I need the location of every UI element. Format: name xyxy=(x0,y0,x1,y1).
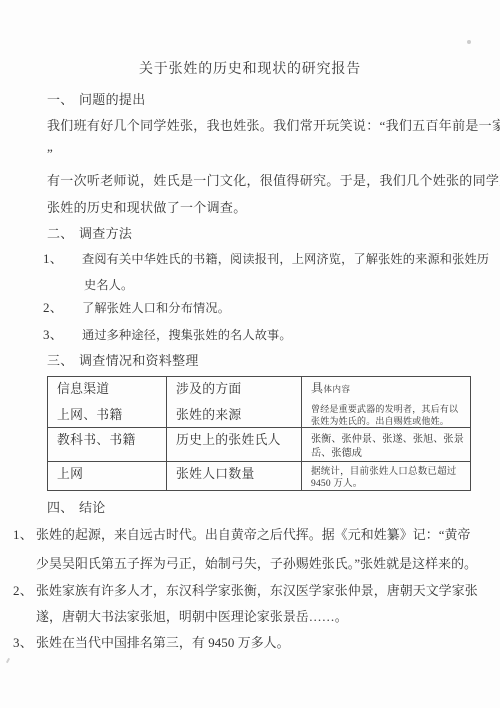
list-item-continuation: 少昊吴阳氏第五子挥为弓正，始制弓失，子孙赐姓张氏。”张姓就是这样来的。 xyxy=(36,557,477,572)
table-header-text: 信息渠道 xyxy=(57,381,160,397)
paragraph-line: 有一次听老师说，姓氏是一门文化，很值得研究。于是，我们几个姓张的同学对 xyxy=(47,173,500,188)
table-header-text: 具体内容 xyxy=(311,381,464,396)
table-cell-text: 曾经是重要武器的发明者，其后有以张姓为姓氏的。出自赐姓或他姓。 xyxy=(311,403,464,427)
table-cell-channel-header: 信息渠道 上网、书籍 xyxy=(48,377,167,428)
table-cell-aspect: 张姓人口数量 xyxy=(167,462,302,491)
table-cell-detail: 张衡、张仲景、张遂、张旭、张景岳、张德成 xyxy=(302,428,471,462)
list-item: 2、张姓家族有许多人才，东汉科学家张衡，东汉医学家张仲景，唐朝天文学家张 xyxy=(13,583,478,599)
table-cell-aspect-header: 涉及的方面 张姓的来源 xyxy=(167,377,302,428)
paragraph-line: ” xyxy=(47,146,53,161)
list-item: 1、张姓的起源，来自远古时代。出自黄帝之后代挥。据《元和姓纂》记：“黄帝 xyxy=(13,527,471,543)
paragraph-line: 张姓的历史和现状做了一个调查。 xyxy=(47,200,247,215)
section-number: 一、 xyxy=(47,92,79,107)
section-4-heading: 四、结论 xyxy=(47,500,106,515)
section-2-heading: 二、调查方法 xyxy=(47,226,132,241)
list-item-text: 通过多种途径，搜集张姓的名人故事。 xyxy=(82,328,292,342)
list-item-number: 1、 xyxy=(43,251,82,266)
table-cell-text: 张衡、张仲景、张遂、张旭、张景岳、张德成 xyxy=(311,432,464,461)
list-item: 3、通过多种途径，搜集张姓的名人故事。 xyxy=(43,327,292,343)
table-cell-text: 上网、书籍 xyxy=(57,407,160,423)
table-cell-channel: 教科书、书籍 xyxy=(48,428,167,462)
table-cell-text: 据统计，目前张姓人口总数已超过 9450 万人。 xyxy=(311,466,464,490)
list-item-number: 3、 xyxy=(43,327,82,342)
section-label: 调查方法 xyxy=(79,226,132,241)
table-cell-aspect: 历史上的张姓氏人 xyxy=(167,428,302,462)
info-table: 信息渠道 上网、书籍 涉及的方面 张姓的来源 具体内容 曾经是重要武器的发明者，… xyxy=(47,376,471,491)
list-item-text: 查阅有关中华姓氏的书籍，阅读报刊，上网济览，了解张姓的来源和张姓历 xyxy=(82,252,489,266)
paragraph-line: 我们班有好几个同学姓张，我也姓张。我们常开玩笑说：“我们五百年前是一家。 xyxy=(47,118,500,133)
list-item-text: 张姓在当代中国排名第三，有 9450 万多人。 xyxy=(36,636,290,650)
list-item-number: 2、 xyxy=(13,583,36,598)
section-3-heading: 三、调查情况和资料整理 xyxy=(47,353,199,368)
section-number: 三、 xyxy=(47,353,79,368)
list-item-number: 3、 xyxy=(13,635,36,650)
list-item-text: 张姓家族有许多人才，东汉科学家张衡，东汉医学家张仲景，唐朝天文学家张 xyxy=(36,584,478,598)
section-number: 二、 xyxy=(47,226,79,241)
table-cell-detail: 据统计，目前张姓人口总数已超过 9450 万人。 xyxy=(302,462,471,491)
table-cell-text: 张姓的来源 xyxy=(176,407,295,423)
section-label: 调查情况和资料整理 xyxy=(79,353,199,368)
artifact-dot-top-right xyxy=(467,40,471,44)
section-label: 结论 xyxy=(79,500,106,515)
table-cell-detail-header: 具体内容 曾经是重要武器的发明者，其后有以张姓为姓氏的。出自赐姓或他姓。 xyxy=(302,377,471,428)
section-1-heading: 一、问题的提出 xyxy=(47,92,146,107)
table-cell-channel: 上网 xyxy=(48,462,167,491)
list-item: 3、张姓在当代中国排名第三，有 9450 万多人。 xyxy=(13,635,290,651)
document-page: 关于张姓的历史和现状的研究报告 一、问题的提出 我们班有好几个同学姓张，我也姓张… xyxy=(0,0,500,708)
list-item-continuation: 史名人。 xyxy=(84,278,133,293)
table-header-text: 涉及的方面 xyxy=(176,381,295,397)
list-item-number: 1、 xyxy=(13,527,36,542)
list-item-number: 2、 xyxy=(43,300,82,315)
list-item-text: 了解张姓人口和分布情况。 xyxy=(82,301,230,315)
list-item-continuation: 遂，唐朝大书法家张旭，明朝中医理论家张景岳……。 xyxy=(36,610,348,625)
document-title: 关于张姓的历史和现状的研究报告 xyxy=(0,62,500,77)
section-label: 问题的提出 xyxy=(79,92,146,107)
list-item: 2、了解张姓人口和分布情况。 xyxy=(43,300,230,316)
list-item-text: 张姓的起源，来自远古时代。出自黄帝之后代挥。据《元和姓纂》记：“黄帝 xyxy=(36,528,471,542)
artifact-mark-bottom-left xyxy=(6,658,10,663)
section-number: 四、 xyxy=(47,500,79,515)
list-item: 1、查阅有关中华姓氏的书籍，阅读报刊，上网济览，了解张姓的来源和张姓历 xyxy=(43,251,489,267)
